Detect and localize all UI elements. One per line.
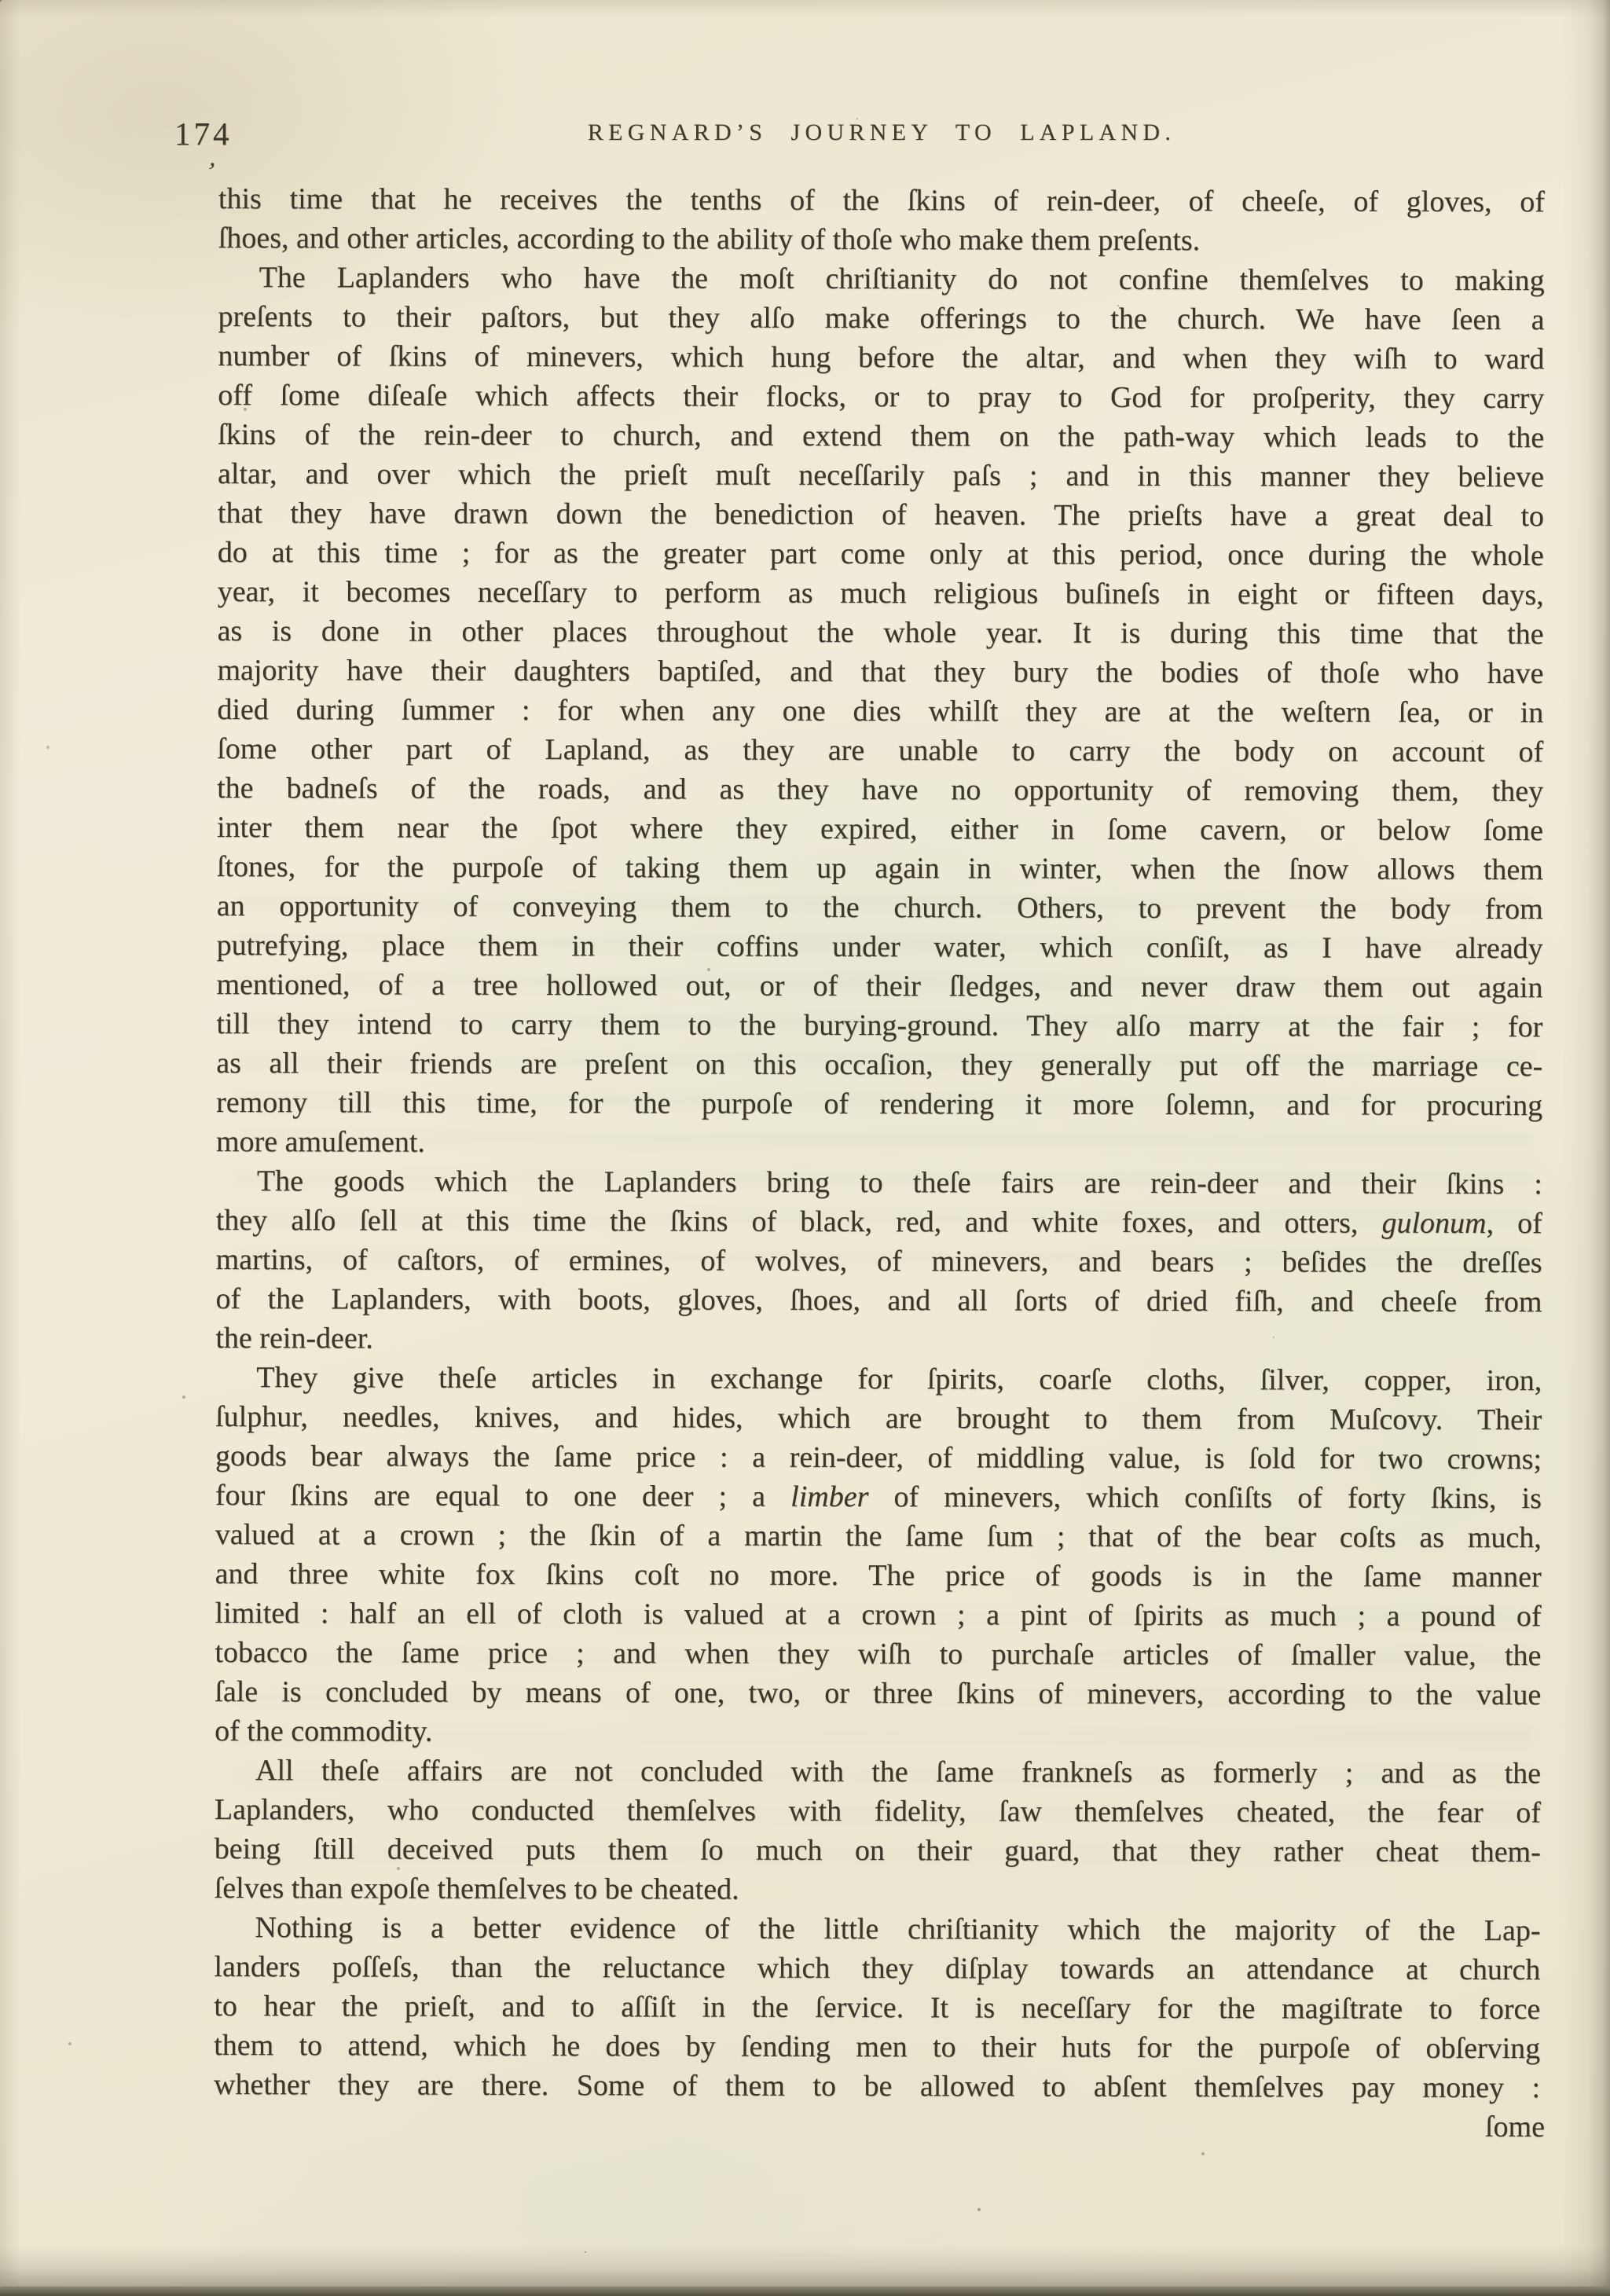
text-line: ſelves than expoſe themſelves to be chea… [215, 1869, 1541, 1911]
text-line: valued at a crown ; the ſkin of a martin… [215, 1515, 1542, 1557]
catchword: ſome [218, 2105, 1545, 2144]
text-line: they alſo ſell at this time the ſkins of… [216, 1201, 1542, 1243]
text-line: putrefying, place them in their coffins … [217, 926, 1543, 968]
text-line: of the commodity. [215, 1711, 1541, 1754]
text-line: ſome other part of Lapland, as they are … [217, 729, 1543, 772]
text-line: till they intend to carry them to the bu… [216, 1004, 1542, 1047]
text-line: an opportunity of conveying them to the … [217, 886, 1543, 929]
text-line: that they have drawn down the benedictio… [218, 493, 1544, 536]
text-line: landers poſſeſs, than the reluctance whi… [214, 1947, 1540, 1990]
scan-edge-top [0, 0, 1610, 17]
text-line: year, it becomes neceſſary to perform as… [218, 572, 1544, 614]
text-line: tobacco the ſame price ; and when they w… [215, 1633, 1541, 1675]
text-line: them to attend, which he does by ſending… [214, 2026, 1540, 2068]
text-line: limited : half an ell of cloth is valued… [215, 1594, 1541, 1636]
text-line: whether they are there. Some of them to … [214, 2065, 1540, 2107]
text-line: inter them near the ſpot where they expi… [217, 808, 1543, 850]
page-bottom-edge [0, 2287, 1610, 2296]
text-line: majority have their daughters baptiſed, … [217, 651, 1543, 693]
text-line: They give theſe articles in exchange for… [215, 1358, 1542, 1400]
text-line: The goods which the Laplanders bring to … [216, 1161, 1542, 1204]
text-line: mentioned, of a tree hollowed out, or of… [216, 965, 1542, 1007]
text-block: this time that he receives the tenths of… [214, 179, 1545, 2107]
text-line: died during ſummer : for when any one di… [217, 690, 1543, 732]
text-line: of the Laplanders, with boots, gloves, ſ… [215, 1279, 1542, 1322]
text-line: to hear the prieſt, and to aſſiſt in the… [214, 1986, 1540, 2029]
text-line: being ſtill deceived puts them ſo much o… [215, 1829, 1541, 1872]
text-line: martins, of caſtors, of ermines, of wolv… [216, 1240, 1542, 1282]
text-line: as is done in other places throughout th… [218, 611, 1544, 654]
text-line: ſkins of the rein-deer to church, and ex… [218, 415, 1544, 457]
text-line: ſtones, for the purpoſe of taking them u… [217, 847, 1543, 889]
text-line: off ſome diſeaſe which affects their flo… [218, 376, 1544, 418]
text-line: ſhoes, and other articles, according to … [218, 218, 1545, 261]
text-line: preſents to their paſtors, but they alſo… [218, 297, 1545, 339]
scan-edge-left [0, 0, 20, 2296]
text-line: the rein-deer. [215, 1319, 1542, 1361]
text-line: this time that he receives the tenths of… [218, 179, 1545, 222]
text-line: do at this time ; for as the greater par… [218, 533, 1544, 575]
text-line: remony till this time, for the purpoſe o… [216, 1083, 1542, 1125]
text-line: ſulphur, needles, knives, and hides, whi… [215, 1397, 1542, 1440]
scan-edge-right [1563, 0, 1610, 2296]
text-line: goods bear always the ſame price : a rei… [215, 1436, 1542, 1479]
text-line: and three white fox ſkins coſt no more. … [215, 1554, 1542, 1597]
text-line: altar, and over which the prieſt muſt ne… [218, 454, 1544, 497]
text-line: Nothing is a better evidence of the litt… [215, 1908, 1541, 1950]
text-line: Laplanders, who conducted themſelves wit… [215, 1790, 1541, 1832]
text-line: number of ſkins of minevers, which hung … [218, 336, 1544, 379]
text-line: the badneſs of the roads, and as they ha… [217, 768, 1543, 811]
text-line: more amuſement. [216, 1122, 1542, 1165]
text-line: All theſe affairs are not concluded with… [215, 1751, 1541, 1793]
text-line: four ſkins are equal to one deer ; a lim… [215, 1476, 1542, 1518]
text-line: The Laplanders who have the moſt chriſti… [218, 258, 1545, 300]
book-page: 174 , REGNARD’S JOURNEY TO LAPLAND. this… [0, 0, 1610, 2296]
text-line: ſale is concluded by means of one, two, … [215, 1672, 1541, 1715]
text-line: as all their friends are preſent on this… [216, 1043, 1542, 1086]
running-title: REGNARD’S JOURNEY TO LAPLAND. [218, 119, 1545, 146]
